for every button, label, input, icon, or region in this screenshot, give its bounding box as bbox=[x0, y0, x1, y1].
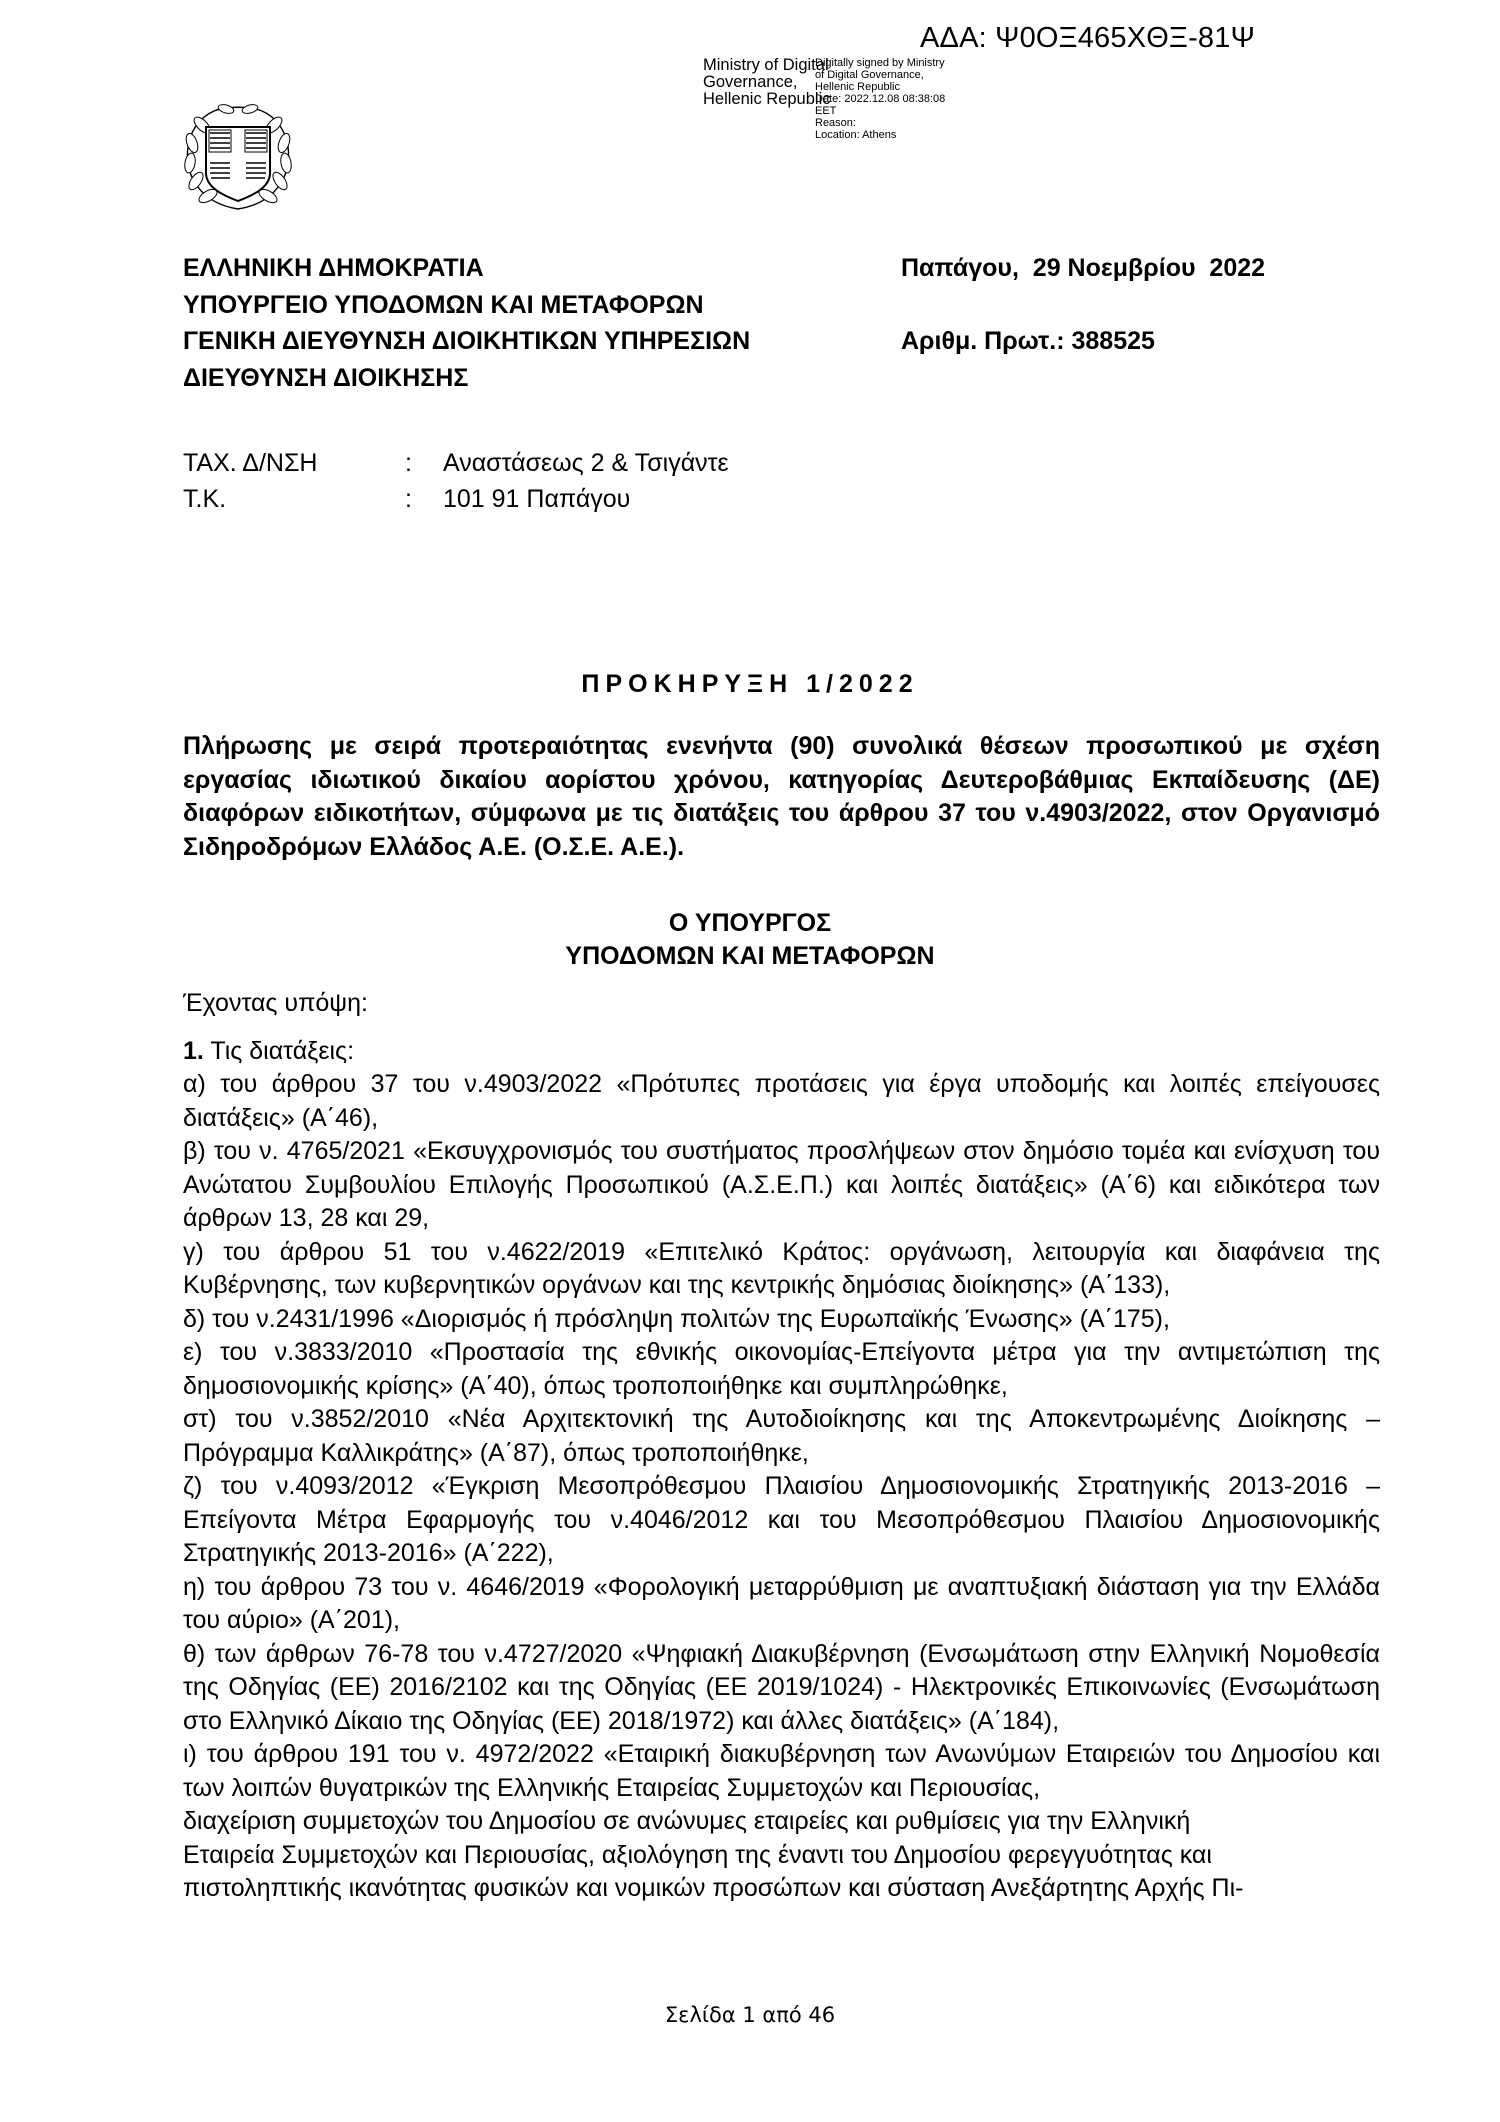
signature-reason: Reason: bbox=[815, 117, 945, 129]
place-date: Παπάγου, 29 Νοεμβρίου 2022 bbox=[901, 250, 1265, 287]
signature-date: Date: 2022.12.08 08:38:08 bbox=[815, 93, 945, 105]
address-separator: : bbox=[405, 445, 443, 481]
provision-b: β) του ν. 4765/2021 «Εκσυγχρονισμός του … bbox=[183, 1135, 1380, 1236]
item-text: Τις διατάξεις: bbox=[204, 1037, 354, 1065]
ministry-name: ΥΠΟΔΟΜΩΝ ΚΑΙ ΜΕΤΑΦΟΡΩΝ bbox=[0, 940, 1500, 973]
having-in-view: Έχοντας υπόψη: bbox=[183, 987, 1380, 1021]
signature-detail-line: of Digital Governance, bbox=[815, 69, 945, 81]
provision-st: στ) του ν.3852/2010 «Νέα Αρχιτεκτονική τ… bbox=[183, 1403, 1380, 1470]
page-indicator: Σελίδα 1 από 46 bbox=[0, 2003, 1500, 2027]
postal-address: ΤΑΧ. Δ/ΝΣΗ : Αναστάσεως 2 & Τσιγάντε Τ.Κ… bbox=[183, 445, 729, 517]
protocol-number: Αριθμ. Πρωτ.: 388525 bbox=[901, 323, 1265, 360]
provision-d: δ) του ν.2431/1996 «Διορισμός ή πρόσληψη… bbox=[183, 1303, 1380, 1337]
issuing-authority: ΕΛΛΗΝΙΚΗ ΔΗΜΟΚΡΑΤΙΑ ΥΠΟΥΡΓΕΙΟ ΥΠΟΔΟΜΩΝ Κ… bbox=[183, 250, 750, 396]
signature-detail-line: Hellenic Republic bbox=[815, 81, 945, 93]
address-label: ΤΑΧ. Δ/ΝΣΗ bbox=[183, 445, 405, 481]
signature-details: Digitally signed by Ministry of Digital … bbox=[815, 57, 945, 141]
provision-c: γ) του άρθρου 51 του ν.4622/2019 «Επιτελ… bbox=[183, 1236, 1380, 1303]
minister-heading: Ο ΥΠΟΥΡΓΟΣ ΥΠΟΔΟΜΩΝ ΚΑΙ ΜΕΤΑΦΟΡΩΝ bbox=[0, 907, 1500, 973]
provision-h: η) του άρθρου 73 του ν. 4646/2019 «Φορολ… bbox=[183, 1571, 1380, 1638]
authority-line: ΔΙΕΥΘΥΝΣΗ ΔΙΟΙΚΗΣΗΣ bbox=[183, 360, 750, 397]
document-title: ΠΡΟΚΗΡΥΞΗ 1/2022 bbox=[0, 670, 1500, 699]
address-value: Αναστάσεως 2 & Τσιγάντε bbox=[443, 445, 729, 481]
postal-code-row: Τ.Κ. : 101 91 Παπάγου bbox=[183, 481, 729, 517]
coat-of-arms-icon bbox=[178, 103, 298, 215]
postal-code-value: 101 91 Παπάγου bbox=[443, 481, 630, 517]
provision-i-continued: διαχείριση συμμετοχών του Δημοσίου σε αν… bbox=[183, 1805, 1380, 1839]
provision-i-continued: πιστοληπτικής ικανότητας φυσικών και νομ… bbox=[183, 1872, 1380, 1906]
provision-z: ζ) του ν.4093/2012 «Έγκριση Μεσοπρόθεσμο… bbox=[183, 1470, 1380, 1571]
provision-a: α) του άρθρου 37 του ν.4903/2022 «Πρότυπ… bbox=[183, 1068, 1380, 1135]
document-meta: Παπάγου, 29 Νοεμβρίου 2022 Αριθμ. Πρωτ.:… bbox=[901, 250, 1265, 360]
address-separator: : bbox=[405, 481, 443, 517]
authority-line: ΕΛΛΗΝΙΚΗ ΔΗΜΟΚΡΑΤΙΑ bbox=[183, 250, 750, 287]
provision-i-continued: Εταιρεία Συμμετοχών και Περιουσίας, αξιο… bbox=[183, 1839, 1380, 1873]
authority-line: ΓΕΝΙΚΗ ΔΙΕΥΘΥΝΣΗ ΔΙΟΙΚΗΤΙΚΩΝ ΥΠΗΡΕΣΙΩΝ bbox=[183, 323, 750, 360]
provision-th: θ) των άρθρων 76-78 του ν.4727/2020 «Ψηφ… bbox=[183, 1638, 1380, 1739]
document-body: Έχοντας υπόψη: 1. Τις διατάξεις: α) του … bbox=[183, 987, 1380, 1906]
provision-i: ι) του άρθρου 191 του ν. 4972/2022 «Εται… bbox=[183, 1738, 1380, 1805]
postal-code-label: Τ.Κ. bbox=[183, 481, 405, 517]
item-1-heading: 1. Τις διατάξεις: bbox=[183, 1035, 1380, 1069]
minister-title: Ο ΥΠΟΥΡΓΟΣ bbox=[0, 907, 1500, 940]
signature-detail-line: Digitally signed by Ministry bbox=[815, 57, 945, 69]
signature-location: Location: Athens bbox=[815, 129, 945, 141]
signature-detail-line: EET bbox=[815, 105, 945, 117]
document-subject: Πλήρωσης με σειρά προτεραιότητας ενενήντ… bbox=[183, 730, 1380, 864]
item-number: 1. bbox=[183, 1037, 204, 1065]
ada-code: ΑΔΑ: Ψ0ΟΞ465ΧΘΞ-81Ψ bbox=[920, 22, 1255, 55]
provision-e: ε) του ν.3833/2010 «Προστασία της εθνική… bbox=[183, 1336, 1380, 1403]
authority-line: ΥΠΟΥΡΓΕΙΟ ΥΠΟΔΟΜΩΝ ΚΑΙ ΜΕΤΑΦΟΡΩΝ bbox=[183, 287, 750, 324]
address-row: ΤΑΧ. Δ/ΝΣΗ : Αναστάσεως 2 & Τσιγάντε bbox=[183, 445, 729, 481]
